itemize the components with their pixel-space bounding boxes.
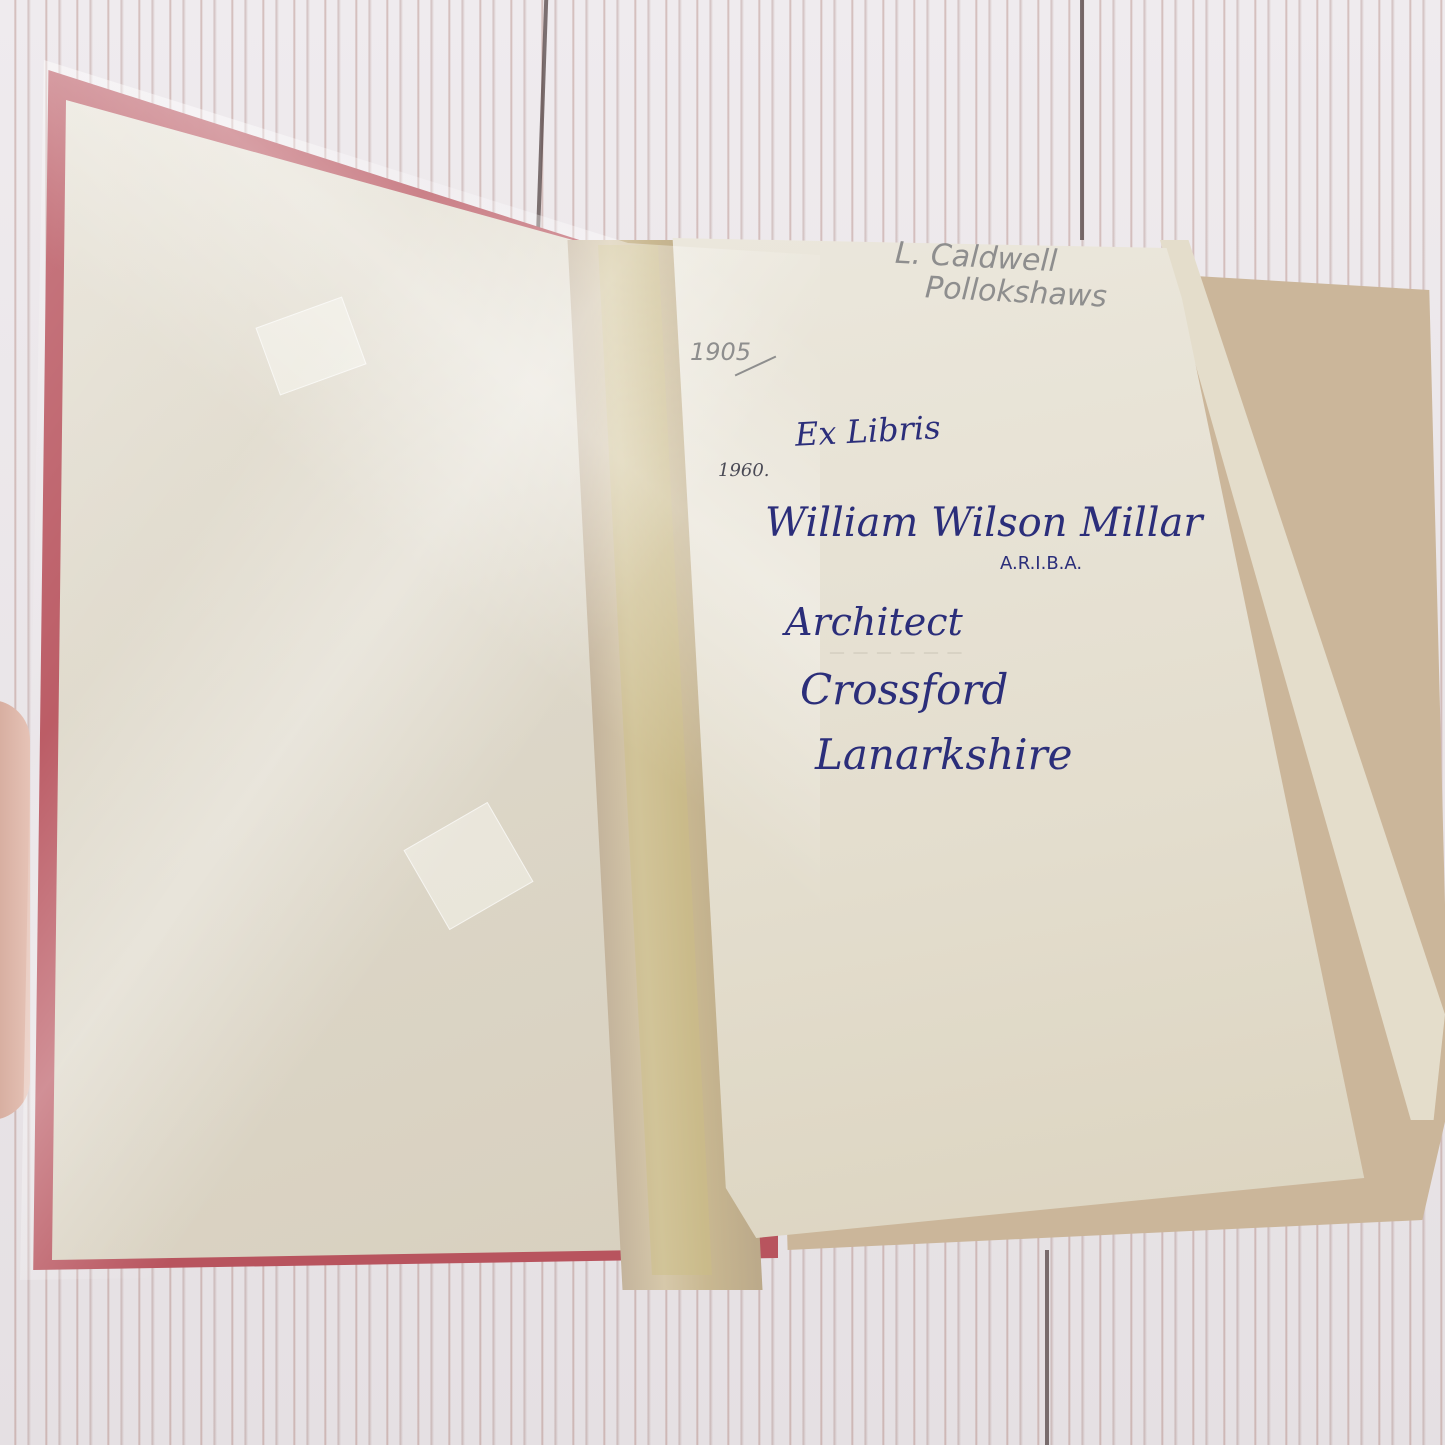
owner-town: Crossford [800,665,1008,714]
owner-profession: Architect [785,600,963,644]
open-book: — — — — — — L. Caldwell Pollokshaws 1905… [0,0,1445,1445]
bleed-through-print: — — — — — — [830,645,965,661]
owner-qualification: A.R.I.B.A. [1000,553,1082,574]
owner-county: Lanarkshire [815,730,1073,779]
ex-libris-text: Ex Libris [794,408,941,454]
pencil-year: 1905 [690,338,751,366]
ink-year: 1960. [718,460,770,481]
owner-signature: William Wilson Millar [765,500,1202,546]
